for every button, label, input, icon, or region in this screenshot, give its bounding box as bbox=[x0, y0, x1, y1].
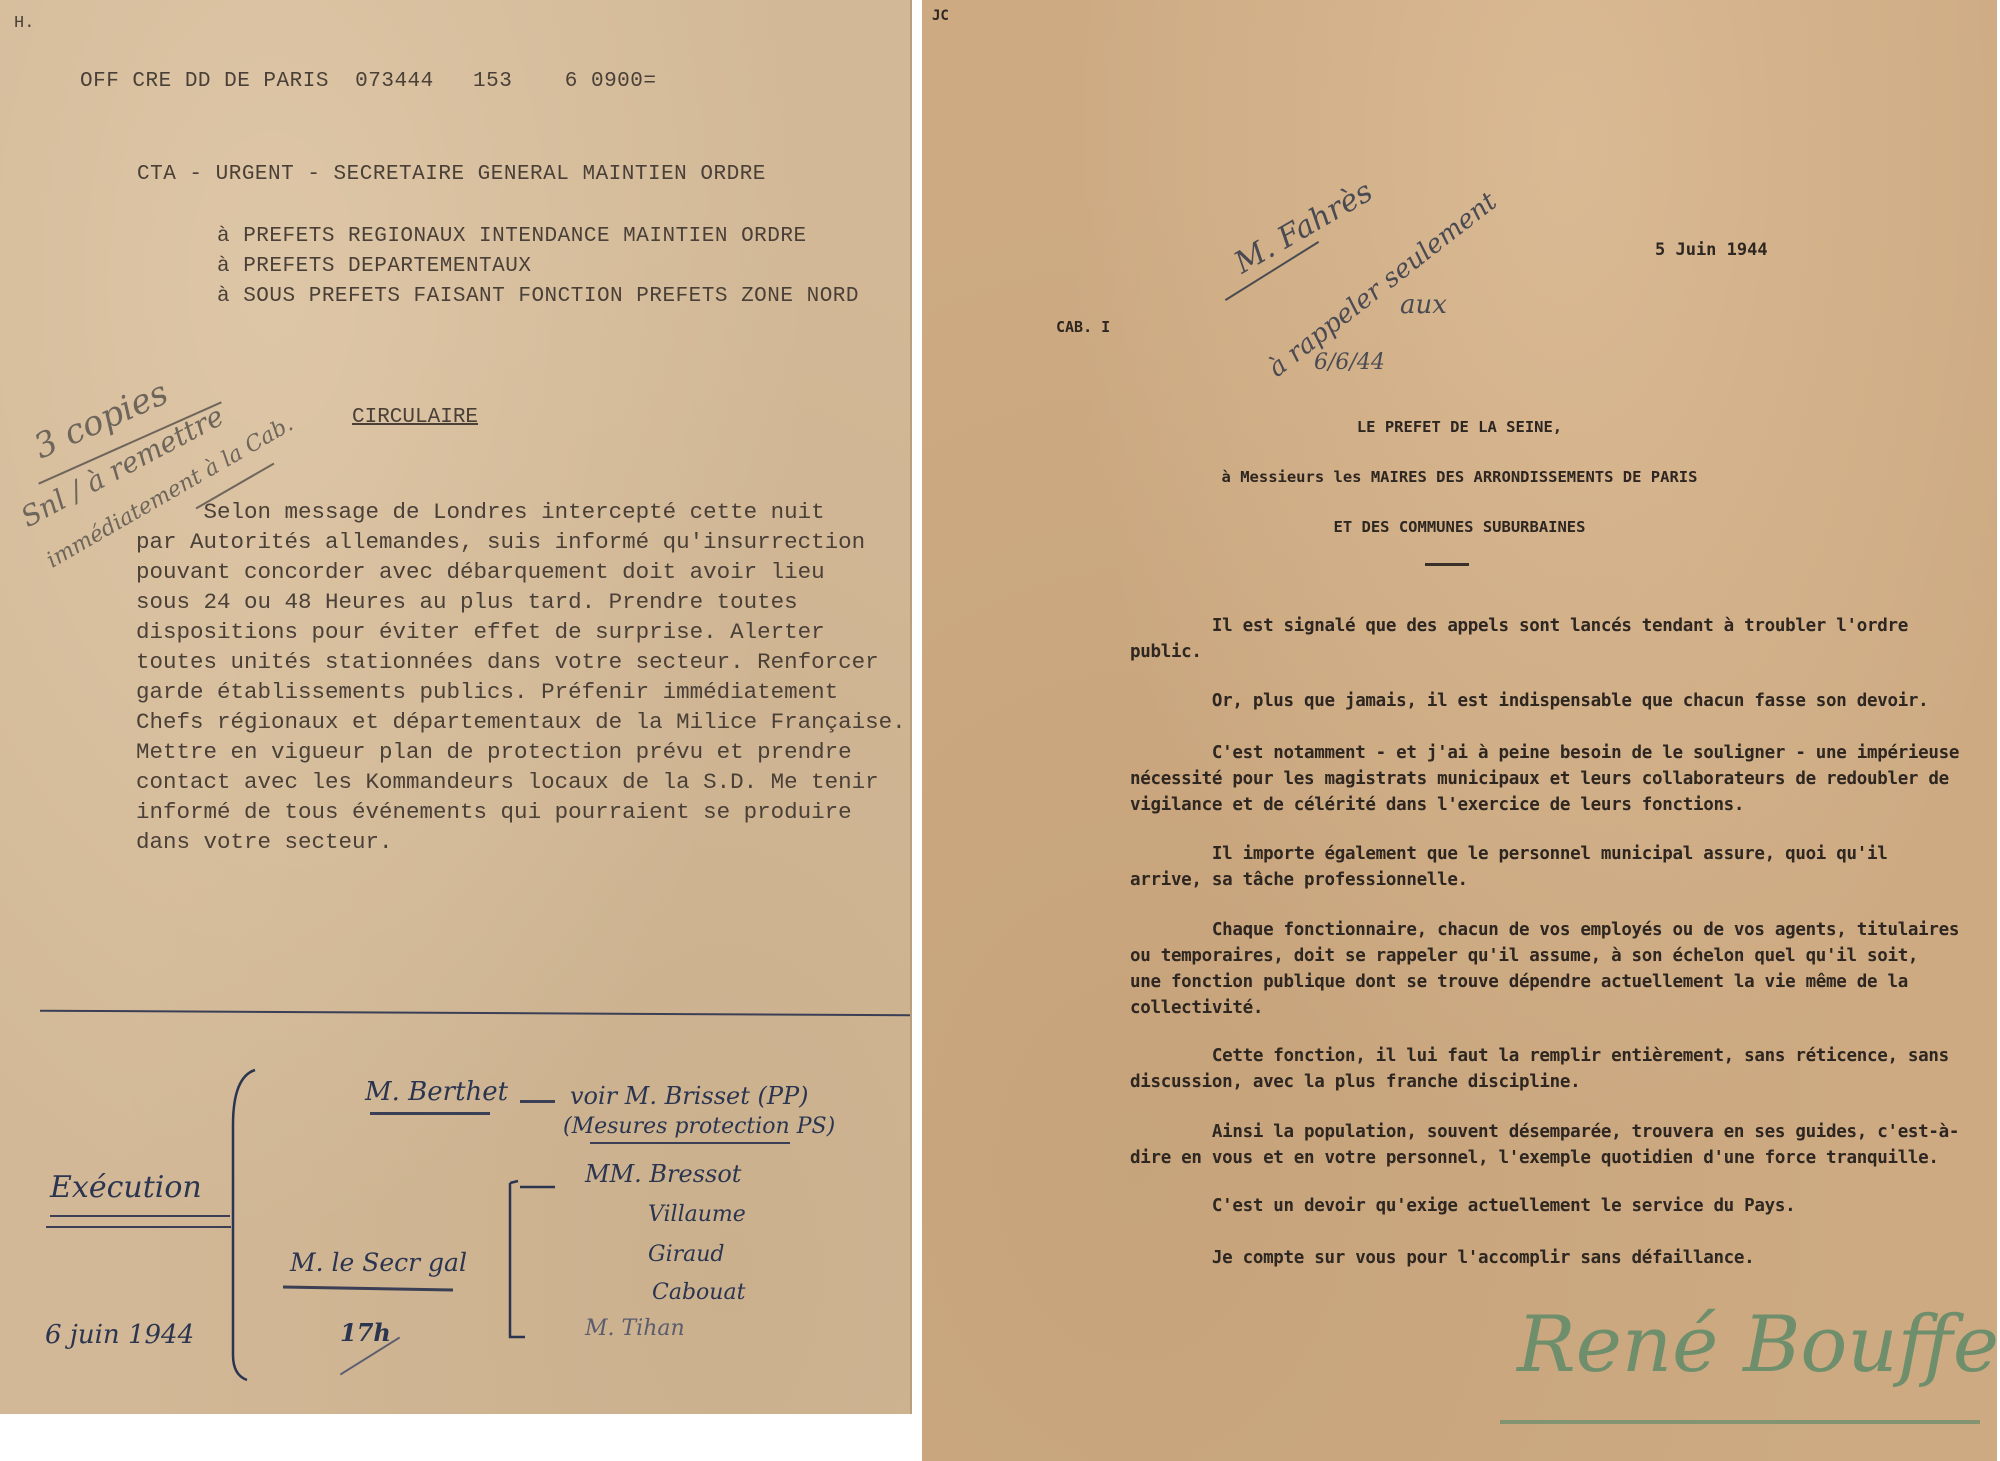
text-line: Je compte sur vous pour l'accomplir sans… bbox=[1130, 1248, 1754, 1268]
text-line: Chaque fonctionnaire, chacun de vos empl… bbox=[1130, 920, 1959, 940]
name-giraud: Giraud bbox=[648, 1242, 725, 1267]
text-line: public. bbox=[1130, 642, 1202, 662]
telegram-header-line: OFF CRE DD DE PARIS 073444 153 6 0900= bbox=[80, 70, 657, 93]
body-line: Mettre en vigueur plan de protection pré… bbox=[136, 737, 906, 767]
mesures-underline bbox=[590, 1142, 790, 1144]
text-line: dire en vous et en votre personnel, l'ex… bbox=[1130, 1148, 1939, 1168]
name-tihan: M. Tihan bbox=[585, 1316, 685, 1341]
name-bressot: MM. Bressot bbox=[585, 1160, 741, 1188]
body-line: sous 24 ou 48 Heures au plus tard. Prend… bbox=[136, 587, 906, 617]
body-line: contact avec les Kommandeurs locaux de l… bbox=[136, 767, 906, 797]
brace-icon bbox=[225, 1065, 265, 1385]
prefect-letter-page: JC CAB. I 5 Juin 1944 M. Fahrès à rappel… bbox=[922, 0, 1997, 1461]
body-line: garde établissements publics. Préfenir i… bbox=[136, 677, 906, 707]
recipient-line-2: à PREFETS DEPARTEMENTAUX bbox=[217, 255, 531, 278]
handwritten-date: 6 juin 1944 bbox=[45, 1320, 194, 1350]
text-line: vigilance et de célérité dans l'exercice… bbox=[1130, 795, 1744, 815]
entry-time: 17h bbox=[340, 1318, 391, 1347]
signature-underline bbox=[1500, 1420, 1980, 1424]
subject-line: CTA - URGENT - SECRETAIRE GENERAL MAINTI… bbox=[137, 163, 766, 186]
horizontal-rule bbox=[40, 1010, 910, 1017]
text-line: Il importe également que le personnel mu… bbox=[1130, 844, 1887, 864]
sender-line: LE PREFET DE LA SEINE, bbox=[922, 418, 1997, 436]
secr-underline bbox=[283, 1286, 453, 1292]
body-line: dispositions pour éviter effet de surpri… bbox=[136, 617, 906, 647]
execution-label: Exécution bbox=[50, 1170, 202, 1205]
separator-rule bbox=[1425, 563, 1469, 566]
text-line: nécessité pour les magistrats municipaux… bbox=[1130, 769, 1949, 789]
body-line: Chefs régionaux et départementaux de la … bbox=[136, 707, 906, 737]
handwritten-note-name: M. Fahrès bbox=[1229, 174, 1379, 281]
name-villaume: Villaume bbox=[648, 1202, 746, 1227]
text-line: ou temporaires, doit se rappeler qu'il a… bbox=[1130, 946, 1918, 966]
arrow-dash bbox=[520, 1100, 555, 1103]
text-line: C'est notamment - et j'ai à peine besoin… bbox=[1130, 743, 1959, 763]
recipient-line-1: à PREFETS REGIONAUX INTENDANCE MAINTIEN … bbox=[217, 225, 807, 248]
body-line: dans votre secteur. bbox=[136, 827, 906, 857]
text-line: une fonction publique dont se trouve dép… bbox=[1130, 972, 1908, 992]
signature: René Bouffet bbox=[1517, 1300, 2000, 1390]
body-line: informé de tous événements qui pourraien… bbox=[136, 797, 906, 827]
text-line: discussion, avec la plus franche discipl… bbox=[1130, 1072, 1580, 1092]
entry-berthet: M. Berthet bbox=[365, 1077, 508, 1107]
execution-underline-2 bbox=[46, 1226, 231, 1228]
bracket-icon bbox=[500, 1175, 560, 1345]
corner-mark: H. bbox=[14, 14, 34, 33]
execution-underline-1 bbox=[50, 1215, 230, 1217]
text-line: arrive, sa tâche professionnelle. bbox=[1130, 870, 1468, 890]
text-line: Or, plus que jamais, il est indispensabl… bbox=[1130, 691, 1928, 711]
handwritten-note-date: 6/6/44 bbox=[1314, 350, 1385, 375]
body-line: pouvant concorder avec débarquement doit… bbox=[136, 557, 906, 587]
addressee-line-2: ET DES COMMUNES SUBURBAINES bbox=[922, 518, 1997, 536]
name-cabouat: Cabouat bbox=[652, 1280, 745, 1305]
corner-mark: JC bbox=[932, 8, 949, 24]
text-line: collectivité. bbox=[1130, 998, 1263, 1018]
text-line: Il est signalé que des appels sont lancé… bbox=[1130, 616, 1908, 636]
handwritten-note-aux: aux bbox=[1400, 290, 1447, 320]
cabinet-reference: CAB. I bbox=[1056, 318, 1110, 336]
text-line: C'est un devoir qu'exige actuellement le… bbox=[1130, 1196, 1795, 1216]
text-line: Ainsi la population, souvent désemparée,… bbox=[1130, 1122, 1959, 1142]
telegram-circular-page: H. OFF CRE DD DE PARIS 073444 153 6 0900… bbox=[0, 0, 912, 1414]
text-line: Cette fonction, il lui faut la remplir e… bbox=[1130, 1046, 1949, 1066]
body-line: toutes unités stationnées dans votre sec… bbox=[136, 647, 906, 677]
note-voir-brisset: voir M. Brisset (PP) bbox=[570, 1082, 809, 1110]
letter-date: 5 Juin 1944 bbox=[1655, 240, 1768, 260]
recipient-line-3: à SOUS PREFETS FAISANT FONCTION PREFETS … bbox=[217, 285, 859, 308]
note-mesures-protection: (Mesures protection PS) bbox=[563, 1114, 835, 1139]
berthet-underline bbox=[370, 1112, 490, 1115]
entry-secr-gal: M. le Secr gal bbox=[290, 1248, 467, 1277]
pencil-annotation: 3 copies Snl / à remettre immédiatement … bbox=[10, 330, 430, 560]
addressee-line-1: à Messieurs les MAIRES DES ARRONDISSEMEN… bbox=[922, 468, 1997, 486]
